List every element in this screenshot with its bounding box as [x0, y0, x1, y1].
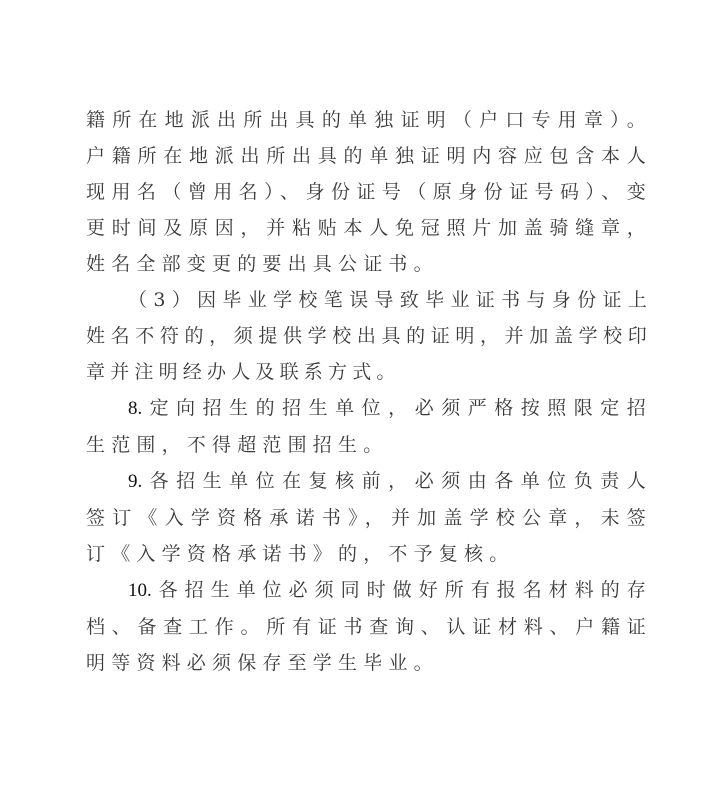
paragraph-item-3: （3）因毕业学校笔误导致毕业证书与身份证上姓名不符的，须提供学校出具的证明，并加… — [86, 282, 652, 390]
paragraph-item-9: 9.各招生单位在复核前，必须由各单位负责人签订《入学资格承诺书》，并加盖学校公章… — [86, 463, 652, 572]
paragraph-number: 8. — [128, 398, 142, 419]
paragraph-hukou-certificate: 籍所在地派出所出具的单独证明（户口专用章）。户籍所在地派出所出具的单独证明内容应… — [86, 102, 652, 282]
paragraph-number: （3） — [128, 289, 197, 311]
paragraph-text: 各招生单位在复核前，必须由各单位负责人签订《入学资格承诺书》，并加盖学校公章，未… — [86, 470, 652, 565]
paragraph-number: 9. — [128, 471, 142, 492]
paragraph-item-8: 8.定向招生的招生单位，必须严格按照限定招生范围，不得超范围招生。 — [86, 390, 652, 463]
paragraph-number: 10. — [128, 580, 152, 601]
paragraph-text: 籍所在地派出所出具的单独证明（户口专用章）。户籍所在地派出所出具的单独证明内容应… — [86, 109, 652, 275]
paragraph-text: 各招生单位必须同时做好所有报名材料的存档、备查工作。所有证书查询、认证材料、户籍… — [86, 579, 652, 674]
paragraph-item-10: 10.各招生单位必须同时做好所有报名材料的存档、备查工作。所有证书查询、认证材料… — [86, 572, 652, 681]
document-page: 籍所在地派出所出具的单独证明（户口专用章）。户籍所在地派出所出具的单独证明内容应… — [86, 102, 652, 681]
paragraph-text: 定向招生的招生单位，必须严格按照限定招生范围，不得超范围招生。 — [86, 397, 652, 456]
